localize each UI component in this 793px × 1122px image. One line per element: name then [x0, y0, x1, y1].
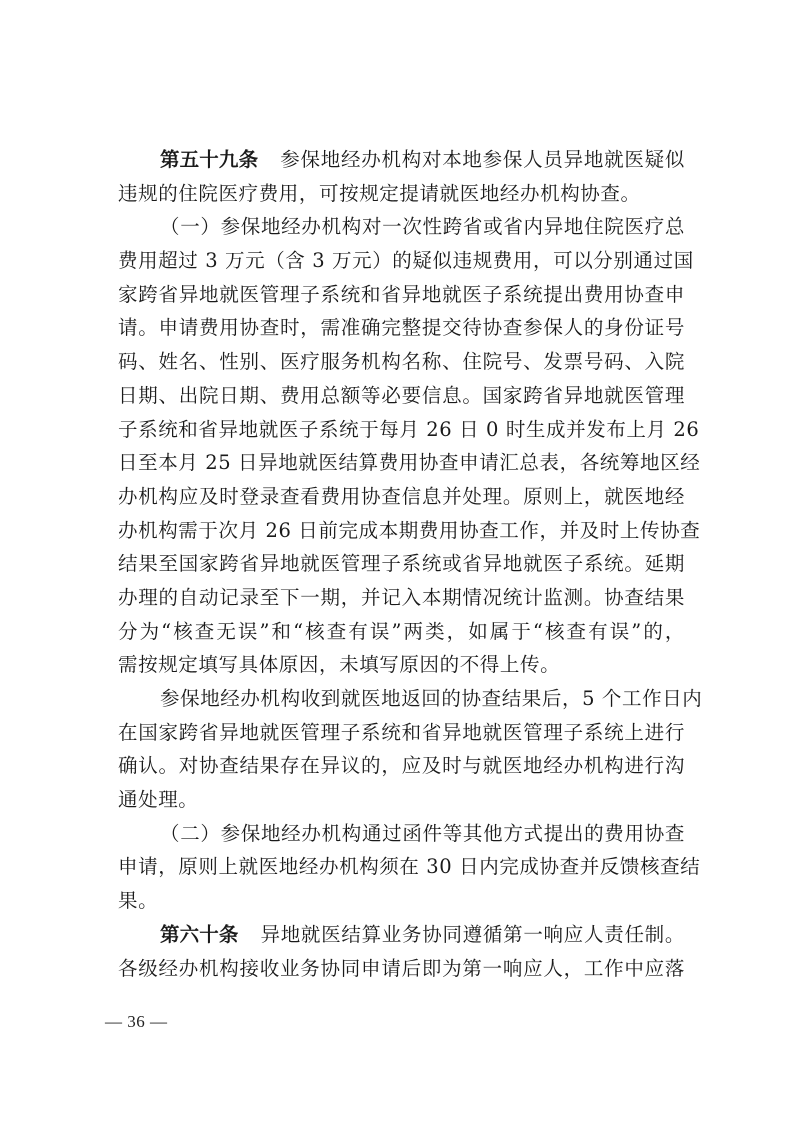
document-body: 第五十九条参保地经办机构对本地参保人员异地就医疑似 违规的住院医疗费用，可按规定…	[118, 143, 685, 985]
followup-line: 参保地经办机构收到就医地返回的协查结果后，5 个工作日内	[118, 682, 685, 716]
clause-2-line: 申请，原则上就医地经办机构须在 30 日内完成协查并反馈核查结	[118, 850, 685, 884]
followup-line: 在国家跨省异地就医管理子系统和省异地就医管理子系统上进行	[118, 716, 685, 750]
clause-1-line: 子系统和省异地就医子系统于每月 26 日 0 时生成并发布上月 26	[118, 413, 685, 447]
followup-line: 通处理。	[118, 783, 685, 817]
article-60-line-2: 各级经办机构接收业务协同申请后即为第一响应人，工作中应落	[118, 952, 685, 986]
clause-1-line: 日至本月 25 日异地就医结算费用协查申请汇总表，各统筹地区经	[118, 446, 685, 480]
clause-1-line: 家跨省异地就医管理子系统和省异地就医子系统提出费用协查申	[118, 278, 685, 312]
clause-1-line: 分为“核查无误”和“核查有误”两类，如属于“核查有误”的，	[118, 615, 685, 649]
clause-1-line: （一）参保地经办机构对一次性跨省或省内异地住院医疗总	[118, 210, 685, 244]
article-60-line-1: 第六十条异地就医结算业务协同遵循第一响应人责任制。	[118, 918, 685, 952]
clause-1-line: 费用超过 3 万元（含 3 万元）的疑似违规费用，可以分别通过国	[118, 244, 685, 278]
article-60-text: 异地就医结算业务协同遵循第一响应人责任制。	[260, 923, 685, 946]
clause-1-line: 日期、出院日期、费用总额等必要信息。国家跨省异地就医管理	[118, 379, 685, 413]
article-59-heading: 第五十九条	[160, 148, 258, 171]
clause-1-line: 办机构应及时登录查看费用协查信息并处理。原则上，就医地经	[118, 480, 685, 514]
clause-1-line: 办理的自动记录至下一期，并记入本期情况统计监测。协查结果	[118, 581, 685, 615]
clause-1-line: 请。申请费用协查时，需准确完整提交待协查参保人的身份证号	[118, 311, 685, 345]
clause-2-line: 果。	[118, 884, 685, 918]
followup-line: 确认。对协查结果存在异议的，应及时与就医地经办机构进行沟	[118, 749, 685, 783]
page-number: — 36 —	[105, 1012, 168, 1032]
clause-1-line: 需按规定填写具体原因，未填写原因的不得上传。	[118, 648, 685, 682]
clause-1-line: 结果至国家跨省异地就医管理子系统或省异地就医子系统。延期	[118, 547, 685, 581]
article-59-text: 参保地经办机构对本地参保人员异地就医疑似	[280, 148, 685, 171]
article-59-line-2: 违规的住院医疗费用，可按规定提请就医地经办机构协查。	[118, 177, 685, 211]
article-60-heading: 第六十条	[160, 923, 238, 946]
clause-2-line: （二）参保地经办机构通过函件等其他方式提出的费用协查	[118, 817, 685, 851]
article-59-line-1: 第五十九条参保地经办机构对本地参保人员异地就医疑似	[118, 143, 685, 177]
clause-1-line: 码、姓名、性别、医疗服务机构名称、住院号、发票号码、入院	[118, 345, 685, 379]
clause-1-line: 办机构需于次月 26 日前完成本期费用协查工作，并及时上传协查	[118, 514, 685, 548]
